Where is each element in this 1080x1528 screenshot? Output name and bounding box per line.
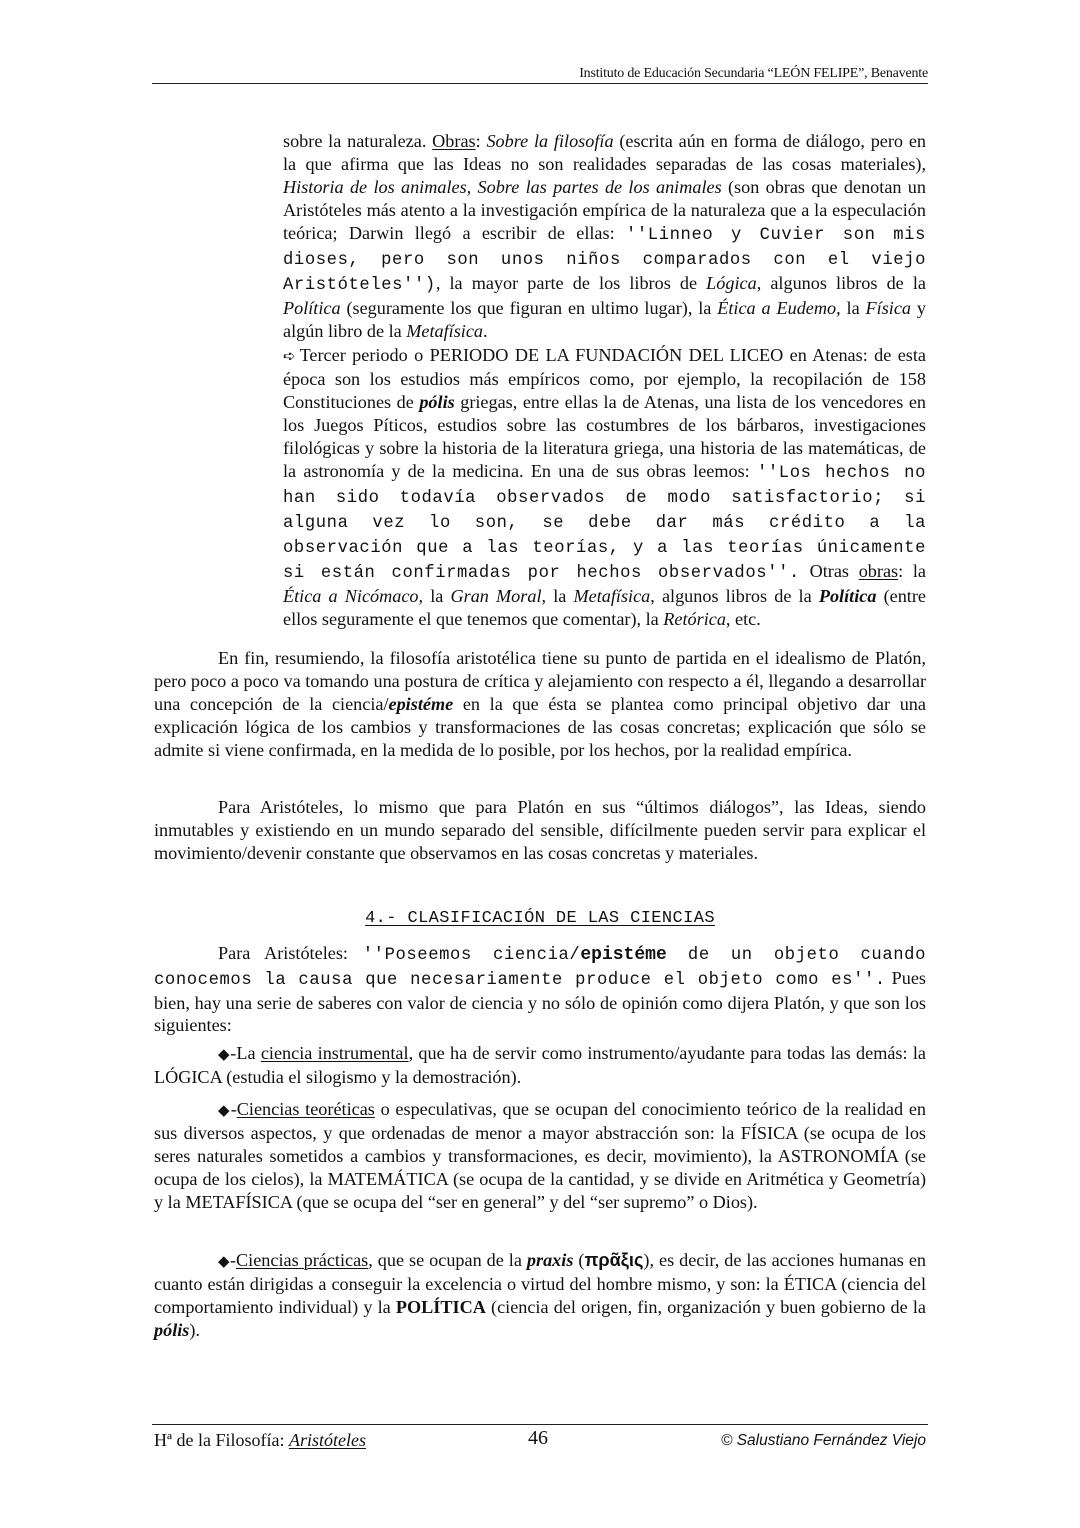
diamond-bullet-icon: ◆ bbox=[218, 1252, 230, 1270]
paragraph-ideas: Para Aristóteles, lo mismo que para Plat… bbox=[154, 796, 926, 865]
text: -La bbox=[230, 1043, 261, 1063]
emphasis-polis: pólis bbox=[419, 392, 454, 412]
diamond-bullet-icon: ◆ bbox=[218, 1045, 230, 1063]
list-item-theoretical: ◆-Ciencias teoréticas o especulativas, q… bbox=[154, 1098, 926, 1214]
text: , que se ocupan de la bbox=[368, 1250, 527, 1270]
text: ). bbox=[189, 1320, 200, 1340]
emphasis-politica: Política bbox=[819, 586, 877, 606]
list-item-instrumental: ◆-La ciencia instrumental, que ha de ser… bbox=[154, 1042, 926, 1089]
emphasis-politica: POLÍTICA bbox=[396, 1297, 486, 1317]
text: : la bbox=[898, 561, 926, 581]
quote: ''Poseemos ciencia/ bbox=[363, 946, 581, 965]
work-title: Metafísica bbox=[573, 586, 650, 606]
text: : bbox=[476, 131, 487, 151]
text: . bbox=[483, 321, 488, 341]
list-item-practical: ◆-Ciencias prácticas, que se ocupan de l… bbox=[154, 1249, 926, 1342]
work-title: Física bbox=[866, 298, 911, 318]
text: la bbox=[423, 586, 450, 606]
greek-praxis: πρᾶξις bbox=[584, 1250, 643, 1270]
text: sobre la naturaleza. bbox=[283, 131, 432, 151]
footer-divider bbox=[152, 1424, 928, 1425]
work-title: Política bbox=[283, 298, 341, 318]
item-label: ciencia instrumental bbox=[261, 1043, 409, 1063]
text: , algunos libros de la bbox=[757, 273, 926, 293]
paragraph-science-definition: Para Aristóteles: ''Poseemos ciencia/epi… bbox=[154, 942, 926, 1036]
emphasis-praxis: praxis bbox=[527, 1250, 574, 1270]
work-title: Ética a Eudemo bbox=[717, 298, 836, 318]
footer-copyright: © Salustiano Fernández Viejo bbox=[721, 1432, 926, 1450]
section-title: 4.- CLASIFICACIÓN DE LAS CIENCIAS bbox=[0, 909, 1080, 928]
work-title: Retórica bbox=[663, 609, 726, 629]
paragraph-third-period: ➪Tercer periodo o PERIODO DE LA FUNDACIÓ… bbox=[283, 344, 926, 631]
text: , la bbox=[836, 298, 865, 318]
text: , etc. bbox=[726, 609, 761, 629]
obras-label: obras bbox=[859, 561, 898, 581]
work-title: Ética a Nicómaco, bbox=[283, 586, 423, 606]
text: Otras bbox=[800, 561, 859, 581]
text: Para Aristóteles, lo mismo que para Plat… bbox=[154, 797, 926, 863]
text: , la bbox=[542, 586, 574, 606]
paragraph-summary: En fin, resumiendo, la filosofía aristot… bbox=[154, 647, 926, 762]
text: , la mayor parte de los libros de bbox=[436, 273, 706, 293]
text: (ciencia del origen, fin, organización y… bbox=[486, 1297, 926, 1317]
header-divider bbox=[152, 83, 928, 84]
work-title: Gran Moral bbox=[450, 586, 541, 606]
section-title-text: 4.- CLASIFICACIÓN DE LAS CIENCIAS bbox=[365, 909, 715, 928]
text: Para Aristóteles: bbox=[218, 943, 363, 963]
emphasis-episteme: epistéme bbox=[389, 694, 454, 714]
item-label: Ciencias prácticas bbox=[236, 1250, 368, 1270]
work-title: Historia de los animales, Sobre las part… bbox=[283, 177, 722, 197]
emphasis-polis: pólis bbox=[154, 1320, 189, 1340]
page-number: 46 bbox=[528, 1427, 548, 1450]
quote-emphasis: epistéme bbox=[580, 945, 666, 965]
footer-topic-link[interactable]: Aristóteles bbox=[289, 1430, 366, 1450]
text: ( bbox=[573, 1250, 584, 1270]
work-title: Lógica bbox=[706, 273, 757, 293]
arrow-right-icon: ➪ bbox=[283, 345, 296, 368]
footer-course-label: Hª de la Filosofía: bbox=[154, 1430, 289, 1450]
footer-course: Hª de la Filosofía: Aristóteles bbox=[154, 1430, 366, 1451]
diamond-bullet-icon: ◆ bbox=[218, 1101, 231, 1119]
text: (seguramente los que figuran en ultimo l… bbox=[341, 298, 718, 318]
header-institution: Instituto de Educación Secundaria “LEÓN … bbox=[579, 66, 928, 82]
work-title: Sobre la filosofía bbox=[486, 131, 613, 151]
text: , algunos libros de la bbox=[650, 586, 819, 606]
obras-label: Obras bbox=[432, 131, 475, 151]
work-title: Metafísica bbox=[406, 321, 483, 341]
item-label: Ciencias teoréticas bbox=[237, 1099, 375, 1119]
paragraph-second-period-works: sobre la naturaleza. Obras: Sobre la fil… bbox=[283, 130, 926, 343]
